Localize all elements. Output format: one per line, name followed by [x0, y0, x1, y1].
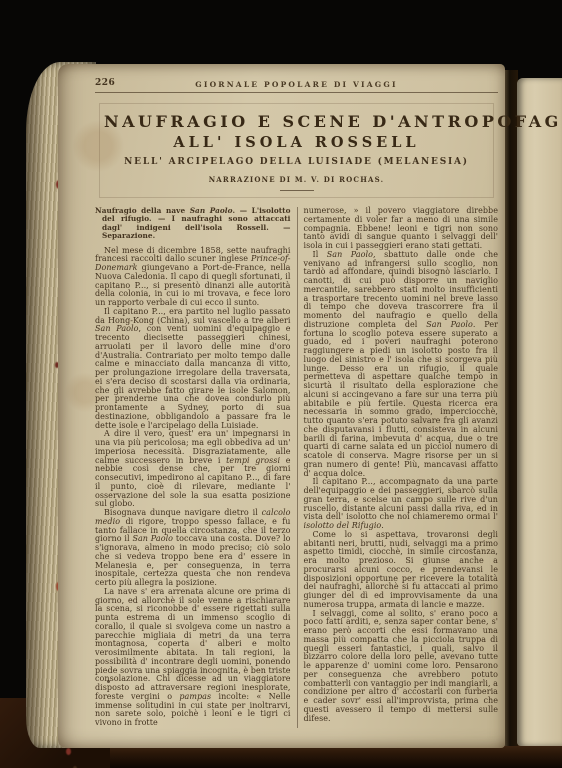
page-gap-shadow — [503, 70, 518, 746]
article-byline: NARRAZIONE DI M. V. DI ROCHAS. — [104, 175, 489, 184]
paragraph: Il capitano P..., accompagnato da una pa… — [304, 478, 499, 531]
column-right-paragraphs: numerose, » il povero viaggiatore direbb… — [304, 207, 499, 723]
next-page-edge — [517, 78, 562, 746]
page-content: 226 GIORNALE POPOLARE DI VIAGGI NAUFRAGI… — [95, 76, 498, 738]
column-left-paragraphs: Nel mese di dicembre 1858, sette naufrag… — [95, 247, 291, 728]
article-title: NAUFRAGIO E SCENE D'ANTROPOFAGIA — [104, 112, 489, 131]
book-page: 226 GIORNALE POPOLARE DI VIAGGI NAUFRAGI… — [58, 64, 505, 748]
paragraph: Il capitano P..., era partito nel luglio… — [95, 308, 291, 431]
column-left: Naufragio della nave San Paolo. — L'isol… — [95, 207, 297, 728]
paragraph: La nave s' era arrenata alcune ore prima… — [95, 588, 291, 728]
column-right: numerose, » il povero viaggiatore direbb… — [297, 207, 499, 728]
paragraph: Nel mese di dicembre 1858, sette naufrag… — [95, 247, 291, 308]
article-title-block: NAUFRAGIO E SCENE D'ANTROPOFAGIA ALL' IS… — [99, 103, 494, 198]
paragraph: A dire il vero, quest' era un' impegnars… — [95, 430, 291, 509]
paragraph: numerose, » il povero viaggiatore direbb… — [304, 207, 499, 251]
paragraph: I selvaggi, come al solito, s' erano poc… — [304, 610, 499, 724]
text-columns: Naufragio della nave San Paolo. — L'isol… — [95, 207, 498, 728]
paragraph: Il San Paolo, sbattuto dalle onde che ve… — [304, 251, 499, 479]
article-subtitle: NELL' ARCIPELAGO DELLA LUISIADE (MELANES… — [104, 157, 489, 167]
book-photo-scene: 226 GIORNALE POPOLARE DI VIAGGI NAUFRAGI… — [0, 0, 562, 768]
page-number: 226 — [95, 78, 115, 88]
page-header: 226 GIORNALE POPOLARE DI VIAGGI — [95, 76, 498, 90]
running-header: GIORNALE POPOLARE DI VIAGGI — [95, 76, 498, 89]
byline-rule — [280, 190, 314, 191]
header-rule — [95, 92, 498, 93]
paragraph: Come lo si aspettava, trovaronsi degli a… — [304, 531, 499, 610]
article-abstract: Naufragio della nave San Paolo. — L'isol… — [95, 207, 291, 241]
article-title-line2: ALL' ISOLA ROSSELL — [104, 134, 489, 151]
paragraph: Bisognava dunque navigare dietro il calc… — [95, 509, 291, 588]
marbled-speck — [66, 748, 71, 755]
